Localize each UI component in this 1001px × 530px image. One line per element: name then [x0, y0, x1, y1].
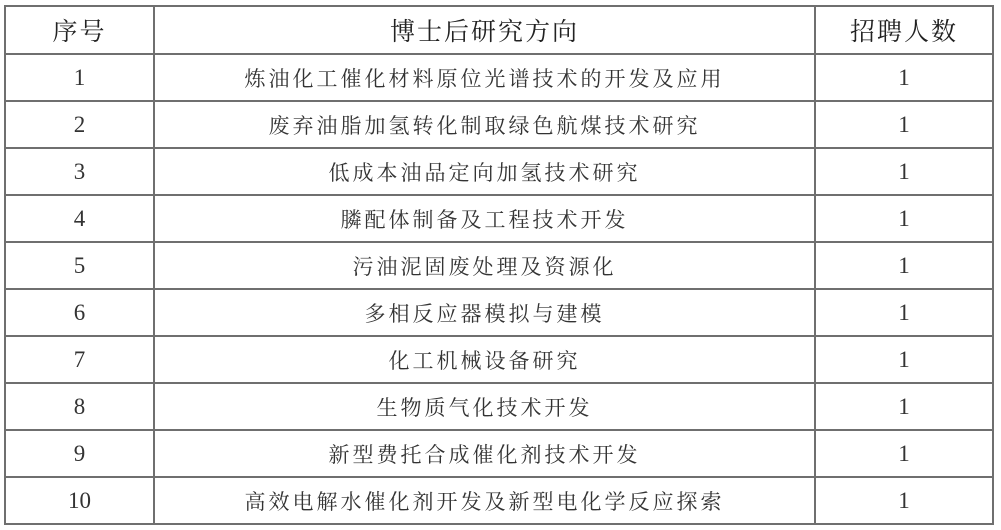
table-row: 9 新型费托合成催化剂技术开发 1: [5, 430, 993, 477]
table-row: 7 化工机械设备研究 1: [5, 336, 993, 383]
row-research-direction: 废弃油脂加氢转化制取绿色航煤技术研究: [154, 101, 815, 148]
table-row: 5 污油泥固废处理及资源化 1: [5, 242, 993, 289]
table-row: 6 多相反应器模拟与建模 1: [5, 289, 993, 336]
header-recruit-count: 招聘人数: [815, 6, 993, 54]
row-recruit-count: 1: [815, 477, 993, 524]
row-research-direction: 污油泥固废处理及资源化: [154, 242, 815, 289]
table-row: 10 高效电解水催化剂开发及新型电化学反应探索 1: [5, 477, 993, 524]
row-research-direction: 高效电解水催化剂开发及新型电化学反应探索: [154, 477, 815, 524]
row-index: 6: [5, 289, 154, 336]
row-index: 7: [5, 336, 154, 383]
header-research-direction: 博士后研究方向: [154, 6, 815, 54]
row-recruit-count: 1: [815, 289, 993, 336]
row-research-direction: 膦配体制备及工程技术开发: [154, 195, 815, 242]
row-research-direction: 新型费托合成催化剂技术开发: [154, 430, 815, 477]
row-recruit-count: 1: [815, 195, 993, 242]
row-index: 5: [5, 242, 154, 289]
table-row: 8 生物质气化技术开发 1: [5, 383, 993, 430]
row-index: 10: [5, 477, 154, 524]
row-index: 2: [5, 101, 154, 148]
table-row: 4 膦配体制备及工程技术开发 1: [5, 195, 993, 242]
row-recruit-count: 1: [815, 242, 993, 289]
row-index: 4: [5, 195, 154, 242]
row-index: 3: [5, 148, 154, 195]
row-recruit-count: 1: [815, 101, 993, 148]
row-research-direction: 多相反应器模拟与建模: [154, 289, 815, 336]
row-research-direction: 炼油化工催化材料原位光谱技术的开发及应用: [154, 54, 815, 101]
postdoc-recruitment-table: 序号 博士后研究方向 招聘人数 1 炼油化工催化材料原位光谱技术的开发及应用 1…: [4, 5, 994, 525]
table-row: 3 低成本油品定向加氢技术研究 1: [5, 148, 993, 195]
table-row: 2 废弃油脂加氢转化制取绿色航煤技术研究 1: [5, 101, 993, 148]
row-index: 9: [5, 430, 154, 477]
row-research-direction: 生物质气化技术开发: [154, 383, 815, 430]
row-index: 1: [5, 54, 154, 101]
table-header-row: 序号 博士后研究方向 招聘人数: [5, 6, 993, 54]
row-recruit-count: 1: [815, 336, 993, 383]
row-research-direction: 化工机械设备研究: [154, 336, 815, 383]
header-index: 序号: [5, 6, 154, 54]
row-research-direction: 低成本油品定向加氢技术研究: [154, 148, 815, 195]
row-recruit-count: 1: [815, 148, 993, 195]
row-recruit-count: 1: [815, 430, 993, 477]
row-index: 8: [5, 383, 154, 430]
row-recruit-count: 1: [815, 54, 993, 101]
row-recruit-count: 1: [815, 383, 993, 430]
table-row: 1 炼油化工催化材料原位光谱技术的开发及应用 1: [5, 54, 993, 101]
